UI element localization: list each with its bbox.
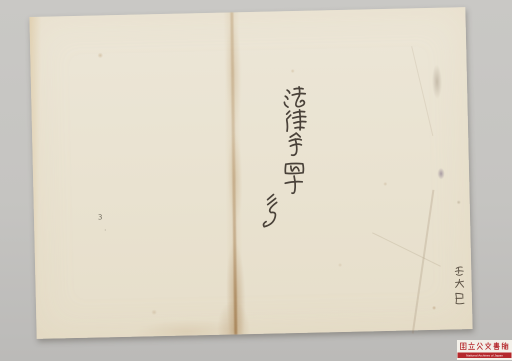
archives-logo-art: National Archives of Japan [457, 340, 512, 360]
archives-logo: 国立公文書館 [457, 340, 512, 360]
pencil-mark-dot: . [104, 225, 106, 232]
calligraphy-char-2 [287, 110, 306, 131]
calligraphy-title [248, 82, 331, 239]
wrinkle-crease [372, 232, 441, 266]
corner-annotation [450, 265, 473, 311]
photo-background: 法律第四十号 [0, 0, 512, 361]
logo-char-kuni [461, 343, 467, 350]
archives-logo-en-text: National Archives of Japan [466, 354, 503, 358]
calligraphy-char-6 [263, 194, 277, 226]
calligraphy-char-1 [284, 87, 305, 107]
document-paper: 法律第四十号 [29, 7, 472, 339]
pencil-mark: 3 [98, 213, 103, 221]
calligraphy-char-5 [285, 176, 302, 194]
calligraphy-char-3 [289, 133, 302, 155]
wrinkle-crease [411, 46, 433, 136]
corner-annotation-text: 各大臣 [29, 17, 30, 18]
calligraphy-text: 法律第四十号 [29, 17, 30, 18]
calligraphy-char-4 [285, 163, 303, 173]
